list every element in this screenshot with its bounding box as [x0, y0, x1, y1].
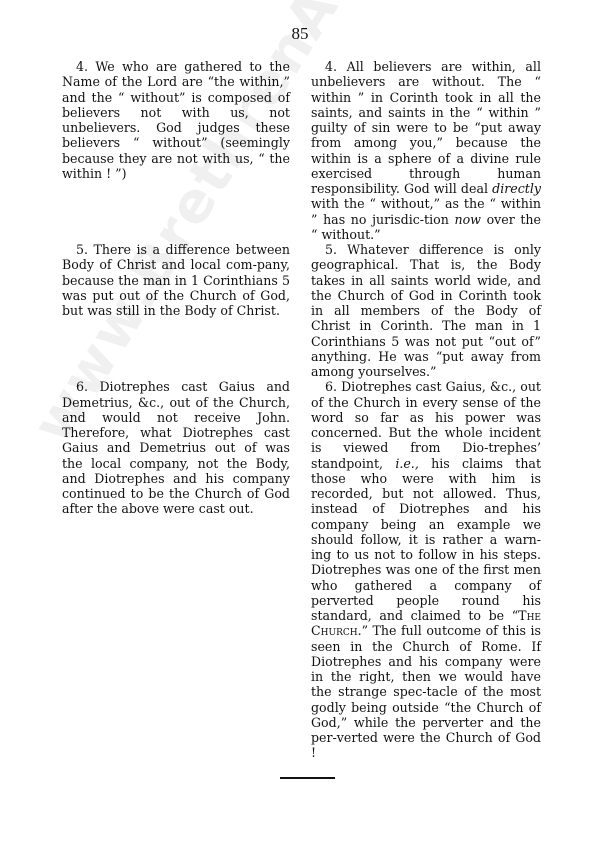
right-paragraph-5: 5. Whatever difference is only geographi…: [311, 242, 541, 379]
emphasis-directly: directly: [492, 181, 541, 196]
left-paragraph-4: 4. We who are gathered to the Name of th…: [62, 59, 290, 181]
text-segment: 4. All believers are within, all unbelie…: [311, 59, 541, 196]
right-paragraph-6: 6. Diotrephes cast Gaius, &c., out of th…: [311, 379, 541, 760]
text-segment: his claims that those who were with him …: [311, 456, 541, 624]
emphasis-now: now: [454, 212, 480, 227]
page-number: 85: [0, 24, 600, 44]
text-segment: .” The full outcome of this is seen in t…: [311, 623, 541, 760]
left-paragraph-5: 5. There is a difference between Body of…: [62, 242, 290, 318]
right-column: 4. All believers are within, all unbelie…: [311, 59, 541, 761]
left-paragraph-6: 6. Diotrephes cast Gaius and Demetrius, …: [62, 379, 290, 516]
right-paragraph-4: 4. All believers are within, all unbelie…: [311, 59, 541, 242]
end-rule-divider: [280, 777, 335, 779]
emphasis-ie: i.e.,: [395, 456, 419, 471]
left-column: 4. We who are gathered to the Name of th…: [62, 59, 290, 517]
